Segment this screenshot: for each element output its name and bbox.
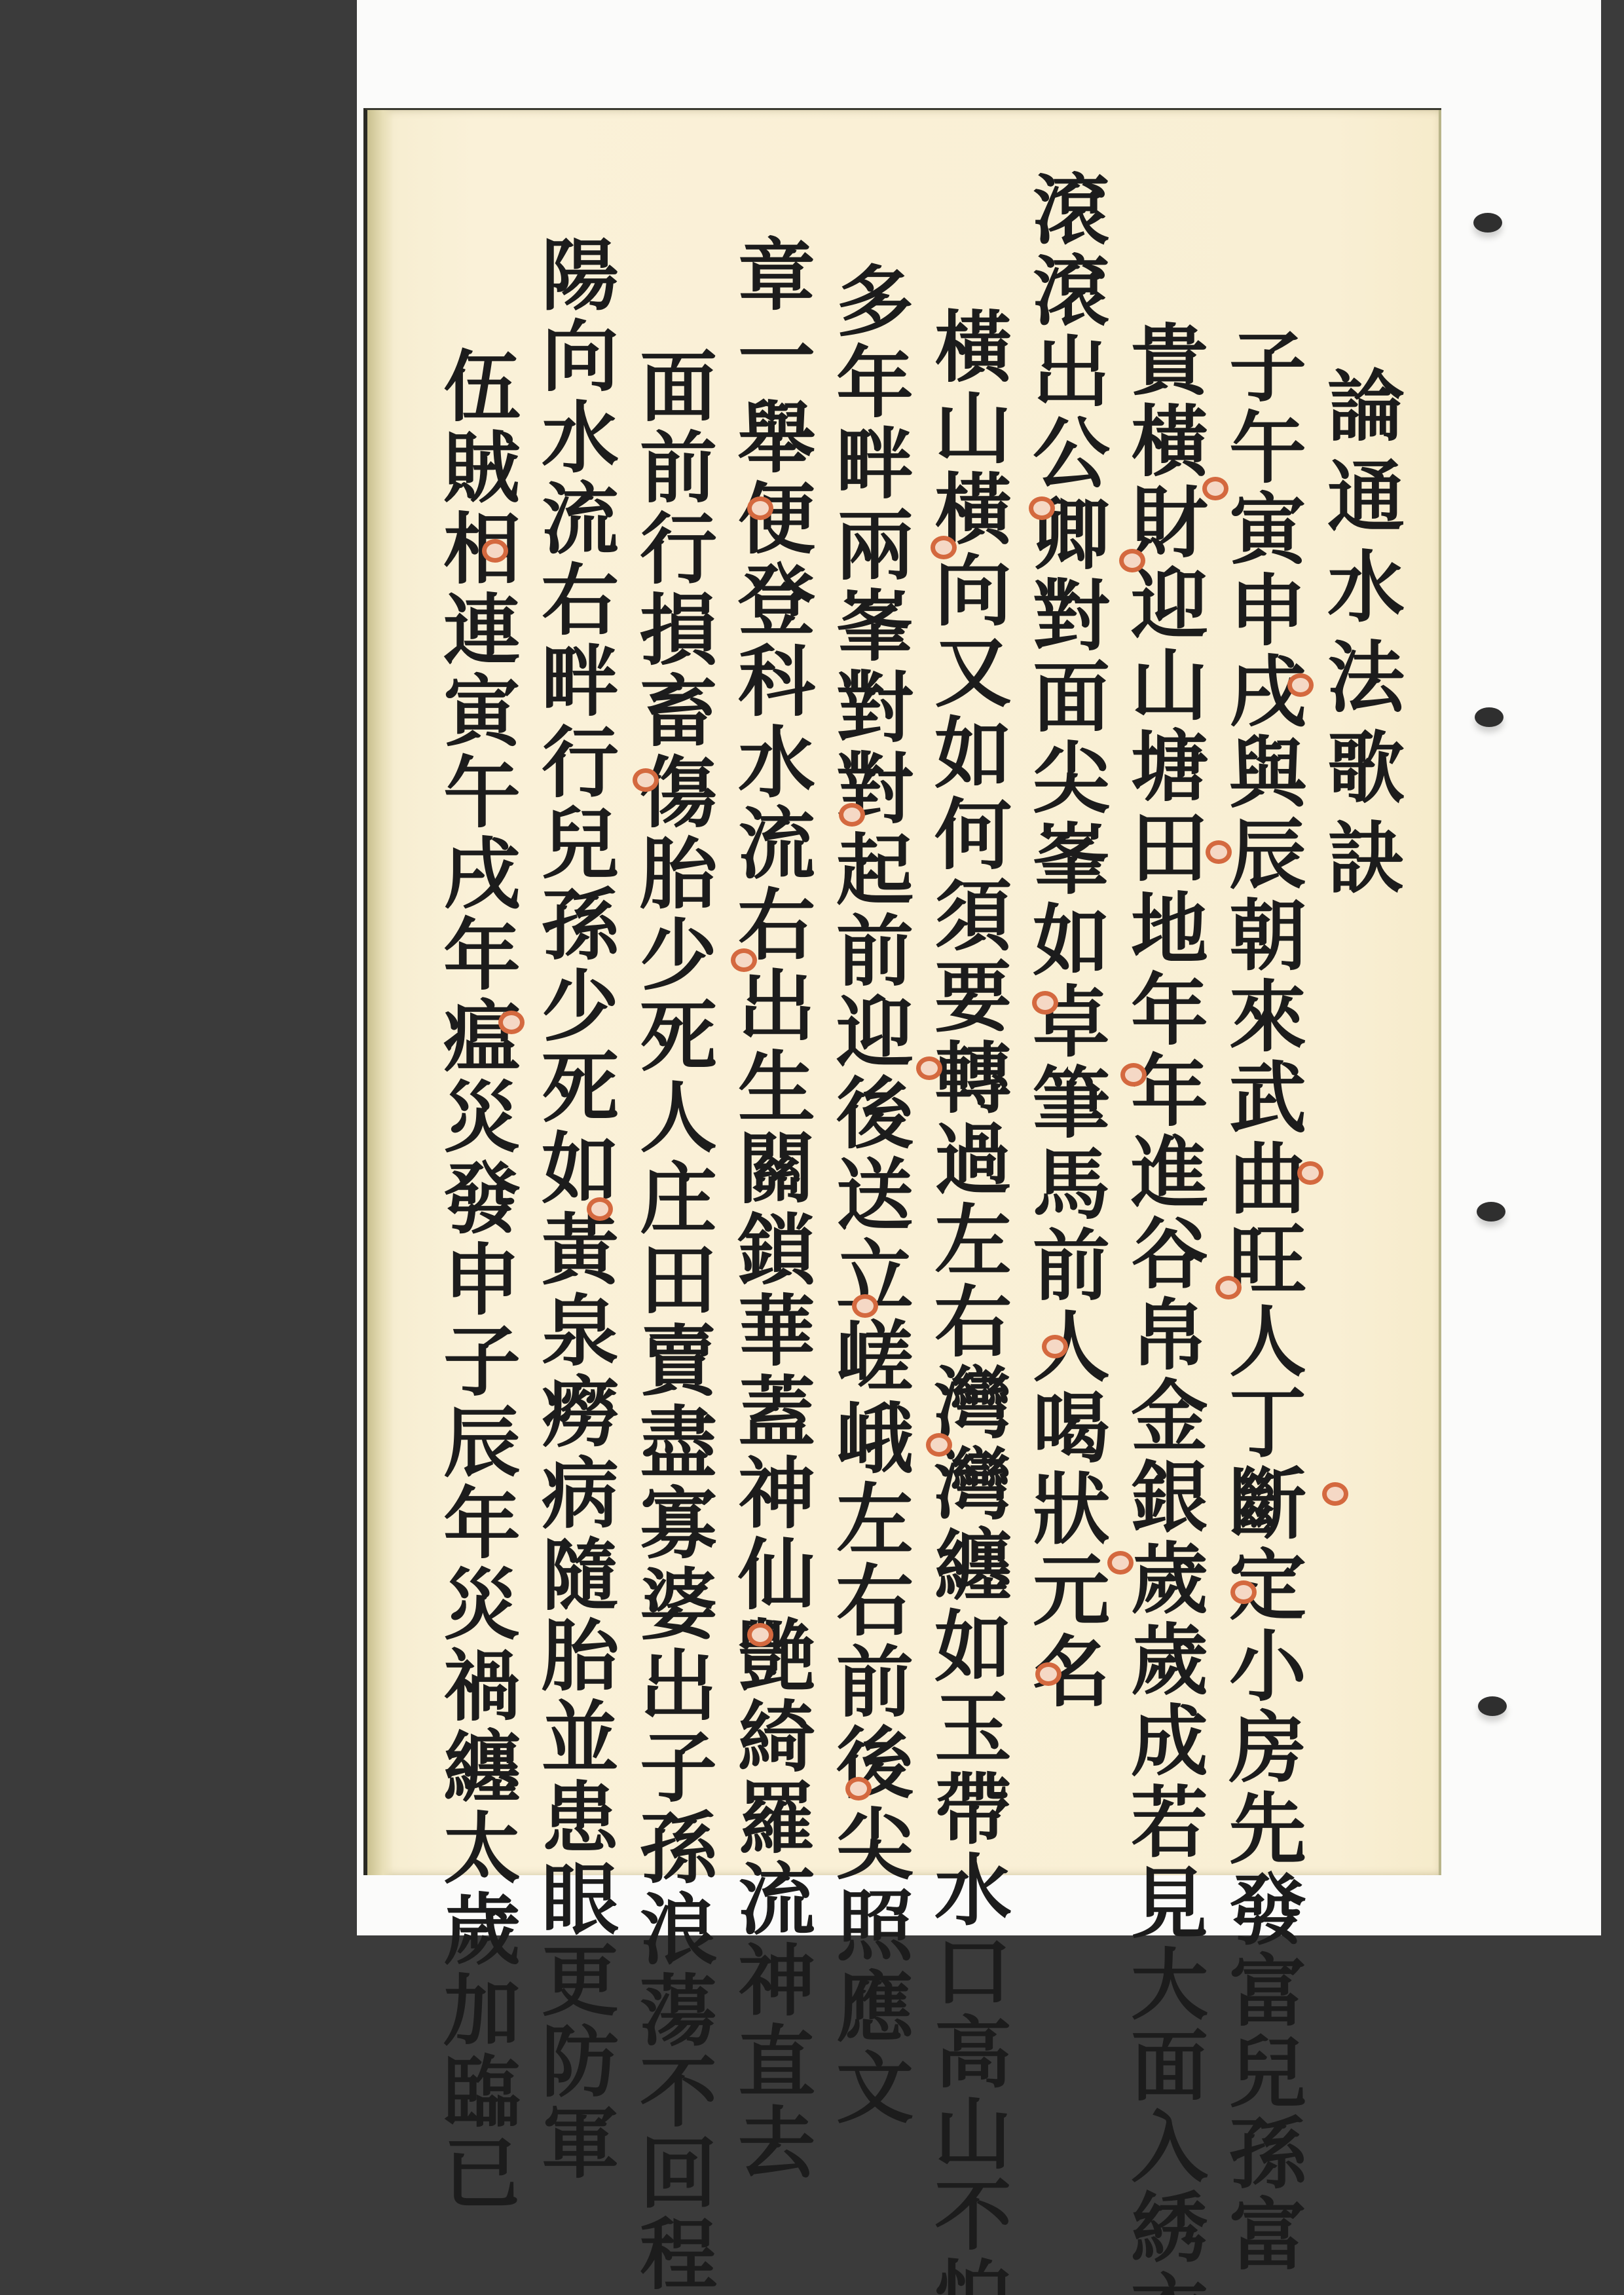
scanned-sheet: 論通水法歌訣 子午寅申戌與辰朝來武曲旺人丁斷定小房先發富兒孫富 貴橫財迎山塘田地… [357,0,1601,1935]
punctuation-circle-icon [1230,1580,1257,1604]
text-column-1: 子午寅申戌與辰朝來武曲旺人丁斷定小房先發富兒孫富 [1212,326,1310,1839]
punctuation-circle-icon [916,1056,942,1080]
text-column-3: 滾滾出公卿對面尖峯如卓筆馬前人喝狀元名 [1016,169,1114,1839]
text-columns: 論通水法歌訣 子午寅申戌與辰朝來武曲旺人丁斷定小房先發富兒孫富 貴橫財迎山塘田地… [407,149,1428,1839]
punctuation-circle-icon [931,536,957,559]
punctuation-circle-icon [1287,673,1314,697]
punctuation-circle-icon [1206,840,1232,864]
punctuation-circle-icon [852,1294,878,1318]
punctuation-circle-icon [747,1623,773,1647]
punctuation-circle-icon [926,1433,952,1457]
punctuation-circle-icon [839,803,865,827]
punch-hole-icon [1473,213,1502,233]
punctuation-circle-icon [482,539,508,563]
text-column-5: 多年畔兩峯對對起前迎後送立嵯峨左右前後尖照應文 [819,261,917,1839]
text-column-6: 章一舉便登科水流右出生關鎖華蓋神仙艷綺羅流神直去 [721,234,819,1839]
punctuation-circle-icon [1322,1482,1348,1506]
punctuation-circle-icon [498,1011,525,1034]
punctuation-circle-icon [1032,991,1058,1015]
page-spine [367,110,394,1875]
punch-hole-icon [1477,1202,1505,1222]
manuscript-page: 論通水法歌訣 子午寅申戌與辰朝來武曲旺人丁斷定小房先發富兒孫富 貴橫財迎山塘田地… [363,108,1441,1875]
punctuation-circle-icon [633,768,659,792]
punctuation-circle-icon [845,1777,872,1801]
punctuation-circle-icon [747,496,773,520]
punctuation-circle-icon [1202,477,1228,500]
page-edge [1439,110,1441,1875]
text-column-7: 面前行損畜傷胎少死人庄田賣盡寡婆出子孫浪蕩不回程 [623,346,721,1839]
text-column-9: 伍賊相連寅午戌年瘟災發申子辰年災禍纏太歲加臨已 [426,346,525,1839]
punctuation-circle-icon [731,948,757,972]
punctuation-circle-icon [1120,1063,1147,1087]
punctuation-circle-icon [1119,549,1145,572]
punctuation-circle-icon [1029,496,1055,520]
punctuation-circle-icon [1042,1335,1068,1358]
punch-hole-icon [1475,707,1504,727]
punch-hole-icon [1478,1696,1507,1716]
punctuation-circle-icon [1215,1276,1242,1299]
punctuation-circle-icon [587,1197,613,1221]
punctuation-circle-icon [1107,1551,1134,1575]
text-column-8: 陽向水流右畔行兒孫少死如黃泉癆病隨胎並患眼更防軍 [525,234,623,1839]
punctuation-circle-icon [1035,1662,1061,1686]
punctuation-circle-icon [1297,1161,1323,1185]
page-title: 論通水法歌訣 [1310,365,1409,1839]
